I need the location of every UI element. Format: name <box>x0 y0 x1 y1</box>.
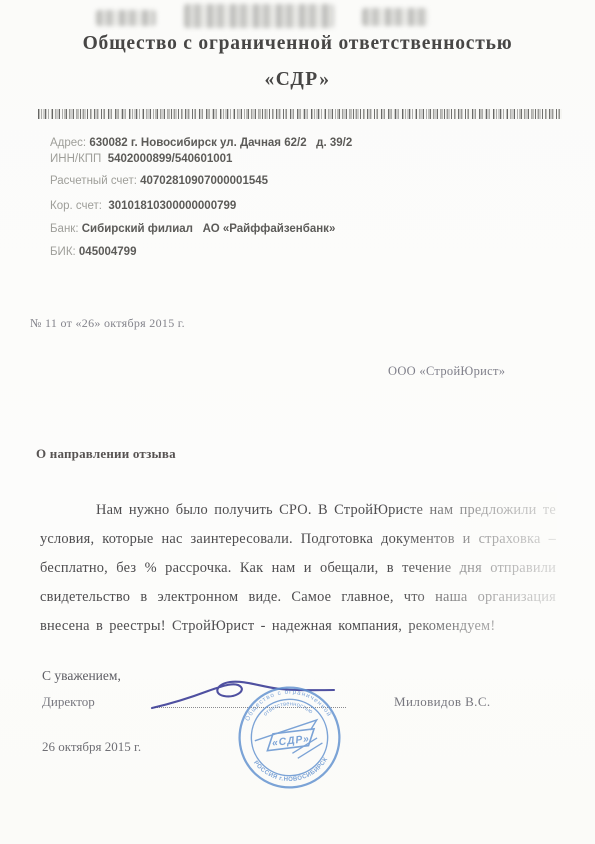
letterhead-org-name: «СДР» <box>0 69 595 91</box>
requisite-label: Расчетный счет: <box>50 175 140 187</box>
company-round-stamp: Общество с ограниченной ответственностью… <box>230 678 349 797</box>
letter-body-paragraph: Нам нужно было получить СРО. В СтройЮрис… <box>40 496 556 641</box>
signer-name: Миловидов В.С. <box>394 694 491 710</box>
recipient-name: ООО «СтройЮрист» <box>388 364 505 379</box>
signer-position: Директор <box>42 694 95 710</box>
stamp-center-emblem: «СДР» <box>253 720 324 764</box>
requisite-label: ИНН/КПП <box>50 153 108 165</box>
scanned-letter-page: Общество с ограниченной ответственностью… <box>0 0 595 844</box>
requisite-label: Банк: <box>50 223 82 235</box>
ghost-smudge <box>184 4 334 28</box>
requisite-corr-account: Кор. счет: 30101810300000000799 <box>50 200 236 212</box>
closing-salutation: С уважением, <box>42 668 121 684</box>
requisite-value: 30101810300000000799 <box>108 200 236 212</box>
requisite-bank: Банк: Сибирский филиал АО «Райффайзенбан… <box>50 223 335 235</box>
requisite-inn-kpp: ИНН/КПП 5402000899/540601001 <box>50 153 232 165</box>
ghost-smudge <box>96 10 156 26</box>
requisite-value: Сибирский филиал АО «Райффайзенбанк» <box>82 223 336 235</box>
requisite-label: БИК: <box>50 246 79 258</box>
requisite-value: 40702810907000001545 <box>140 175 268 187</box>
letter-subject: О направлении отзыва <box>36 446 176 462</box>
separator-line-artifact <box>38 109 562 119</box>
scan-artifact-ghost-text <box>96 4 444 28</box>
ghost-smudge <box>362 8 428 26</box>
requisite-address: Адрес: 630082 г. Новосибирск ул. Дачная … <box>50 137 352 149</box>
letterhead-org-type: Общество с ограниченной ответственностью <box>0 33 595 55</box>
requisite-label: Кор. счет: <box>50 200 108 212</box>
requisite-value: 045004799 <box>79 246 137 258</box>
requisite-value: 5402000899/540601001 <box>108 153 233 165</box>
requisite-label: Адрес: <box>50 137 89 149</box>
letter-date: 26 октября 2015 г. <box>42 739 141 755</box>
letter-number-and-date: № 11 от «26» октября 2015 г. <box>30 316 185 331</box>
requisite-settlement-account: Расчетный счет: 40702810907000001545 <box>50 175 268 187</box>
requisite-value: 630082 г. Новосибирск ул. Дачная 62/2 д.… <box>89 137 352 149</box>
requisite-bik: БИК: 045004799 <box>50 246 136 258</box>
